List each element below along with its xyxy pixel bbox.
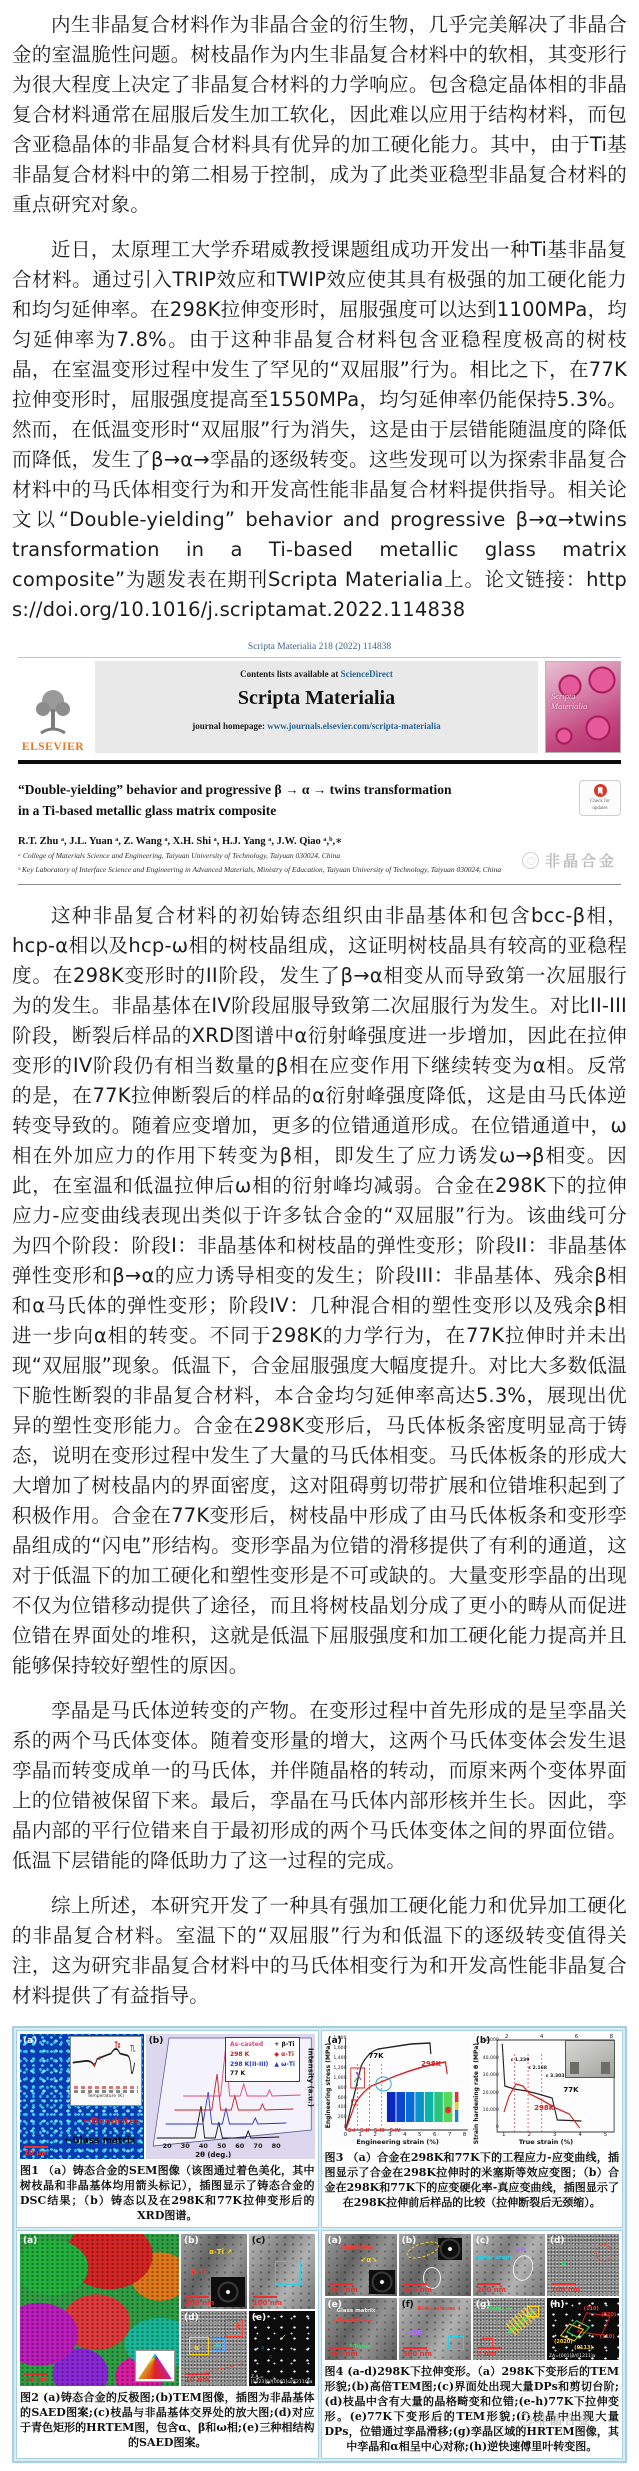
header-bottom-rule [18,884,621,885]
fig4f-scalebar: 500 nm [403,2347,432,2358]
paper-title-line2: in a Ti-based metallic glass matrix comp… [18,803,276,818]
paragraph-news: 近日，太原理工大学乔珺威教授课题组成功开发出一种Ti基非晶复合材料。通过引入TR… [12,235,627,625]
elsevier-logo: ELSEVIER [18,661,88,753]
fft-020-label: (020) [601,2312,616,2318]
fig4f-dp-label: ↗DP [406,2329,423,2337]
journal-header: ELSEVIER Contents lists available at Sci… [18,661,621,753]
fig2c-scalebar: 100 nm [253,2296,282,2307]
svg-text:Tx: Tx [115,2039,121,2050]
fig2d-panel-label: (d) [184,2313,199,2323]
fig4f-panel-label: (f) [402,2300,414,2310]
fig3a-298k-label: 298K [421,2060,441,2068]
fig4d-alpha-label: α [561,2259,566,2267]
fig2d-hrtem-image: (d) α ω β 10 nm [181,2311,247,2386]
fig1b-xrd-plot: (b) As-casted 298 K 298 K(II-III) [146,2034,315,2159]
fig3a-x-label: Engineering strain (%) [346,2138,448,2146]
dsc-x-label: Temperature (K) [71,2094,141,2099]
mises-strain-inset [386,2092,457,2122]
fig2c-tem-image: (c) 100 nm [249,2234,315,2309]
fig4c-panel-label: (c) [476,2236,490,2246]
fig1a-scalebar: 10 μm [24,2146,49,2157]
fig3b-hardening-chart: (b) 50,00040,00030,00020,00010,0000 2468… [473,2034,619,2146]
fig4a-saed-inset [369,2270,395,2294]
fig2e-saed-pattern: (e) ⟋ ◦ ◦ Z.A.=[1123]β//[0001]ω//[2110]α [249,2311,315,2386]
journal-name: Scripta Materialia [101,687,532,710]
omega-letter: ω [215,2341,221,2349]
fig1a-dsc-inset: Tx TL Temperature (K) [70,2036,142,2106]
fig4a-scalebar: 200 nm [329,2283,358,2294]
alpha-ti-label: α-Ti ↗ [209,2248,232,2256]
dsc-curve: Tx TL [71,2037,141,2085]
fig3b-eps3: ε 3.303 [546,2074,565,2079]
fig4a-tem-image: (a) Dendrites ↙α↘ 200 nm [325,2234,397,2296]
paragraph-news-text: 近日，太原理工大学乔珺威教授课题组成功开发出一种Ti基非晶复合材料。通过引入TR… [12,238,627,591]
journal-homepage-link[interactable]: www.journals.elsevier.com/scripta-materi… [267,721,440,731]
check-for-updates-badge[interactable]: Check for updates [579,780,621,816]
fig2b-tem-image: (b) α-Ti ↗ β-Ti 200 nm [181,2234,247,2309]
elsevier-wordmark: ELSEVIER [22,741,84,753]
fig3a-y-label: Engineering stress (MPa) [325,2043,332,2128]
fig4a-dendrites-label: Dendrites [341,2244,374,2251]
fig4a-alpha-arrows: ↙α↘ [361,2256,378,2264]
paragraph-results: 这种非晶复合材料的初始铸态组织由非晶基体和包含bcc-β相，hcp-α相以及hc… [12,901,627,1681]
xrd-legend: As-casted 298 K 298 K(II-III) 77 K + β-T… [225,2037,300,2081]
journal-masthead-box: Contents lists available at ScienceDirec… [95,661,538,753]
fig2b-saed-inset [211,2277,245,2307]
fig3b-panel-label: (b) [476,2036,491,2046]
fig4b-panel-label: (b) [402,2236,417,2246]
fig4c-tem-image: (c) Shear steps DP 200 nm [473,2234,545,2296]
dendrites-label: ←Dendrites [83,2117,140,2127]
journal-citation: Scripta Materialia 218 (2022) 114838 [18,640,621,652]
fft-110-label: (110) [584,2306,599,2312]
watermark-bottom: 非晶合金 [519,2411,592,2428]
fig1a-sem-image: (a) Tx TL Temperature (K) ←Dendrites ←Gl… [20,2034,144,2159]
fig4c-white-ellipse [510,2253,536,2283]
fig4h-fft-pattern: (h) (110) (020) (110) (2020) (0113) ZA=[… [547,2298,619,2360]
fig4h-zone-axis: ZA=[001]β//[1211]α [549,2354,617,2359]
ipf-color-triangle [135,2350,175,2382]
fig3b-298k-label: 298K [534,2104,554,2112]
fig4d-panel-label: (d) [550,2236,565,2246]
figure-1-images: (a) Tx TL Temperature (K) ←Dendrites ←Gl… [20,2034,315,2159]
shear-steps-label: Shear steps [476,2255,513,2261]
fig4g-yellow-box [527,2306,539,2317]
check-for-updates-label: Check for updates [582,799,618,813]
article-page: 内生非晶复合材料作为非晶合金的衍生物，几乎完美解决了非晶合金的室温脆性问题。树枝… [0,0,639,2471]
fig2d-scalebar: 10 nm [185,2373,209,2384]
authors-line: R.T. Zhu ᵃ, J.L. Yuan ᵃ, Z. Wang ᵃ, X.H.… [18,835,621,847]
xrd-legend-phases: + β-Ti ◆ α-Ti ▲ ω-Ti [274,2040,295,2078]
fig3b-eps1: ε 1.239 [511,2058,530,2063]
fft-0113-label: (0113) [574,2345,593,2351]
figure-4: (a) Dendrites ↙α↘ 200 nm (b) 500 nm (c) … [321,2230,624,2459]
fig3b-eps2: ε 2.168 [528,2066,547,2071]
xrd-legend-temps: As-casted 298 K 298 K(II-III) 77 K [230,2040,268,2078]
figures-panel: (a) Tx TL Temperature (K) ←Dendrites ←Gl… [12,2026,627,2463]
watermark: 非晶合金 [522,850,617,871]
watermark-bottom-icon [519,2413,532,2426]
beta-ti-label: β-Ti [191,2268,206,2276]
beta-letter: β [235,2322,240,2330]
fig2a-scalebar: 20 μm [24,2373,49,2384]
fig4c-dp-label: DP [515,2246,526,2254]
figure-3-images: (a) [325,2034,620,2146]
fig4c-scalebar: 200 nm [477,2283,506,2294]
fig4g-hrtem-image: (g) Twins → 2 nm [473,2298,545,2360]
figure-3: (a) [321,2030,624,2228]
journal-cover-thumbnail: Scripta Materialia [545,661,621,753]
xrd-y-label: Intensity (a.u.) [307,2048,315,2107]
journal-cover-title: Scripta Materialia [551,692,595,712]
sciencedirect-link[interactable]: ScienceDirect [341,669,393,679]
watermark-text: 非晶合金 [545,850,617,871]
fig3a-77k-label: 77K [368,2052,383,2060]
figure-1-caption: 图1 （a）铸态合金的SEM图像（该图通过着色美化，其中树枝晶和非晶基体均用箭头… [20,2163,315,2223]
watermark-bottom-text: 非晶合金 [536,2411,592,2428]
xrd-x-label: 2θ (deg.) [146,2151,281,2159]
fig3b-y-label: Strain hardening rate θ (MPa) [473,2043,480,2144]
contents-line: Contents lists available at ScienceDirec… [101,669,532,679]
glass-matrix-label: ←Glass matrix [65,2136,136,2146]
fig4d-red-circle [596,2244,612,2262]
bookmark-icon [594,784,607,797]
fig4b-scalebar: 500 nm [403,2283,432,2294]
homepage-line: journal homepage: www.journals.elsevier.… [101,721,532,731]
fft-110b-label: (110) [600,2334,615,2340]
alpha-letter: α [194,2344,199,2352]
fig3a-stress-strain-chart: (a) [325,2034,471,2146]
figure-1: (a) Tx TL Temperature (K) ←Dendrites ←Gl… [16,2030,319,2228]
fig4h-panel-label: (h) [550,2300,565,2310]
fig4e-dendrites-label: ←Dendrites→ [333,2318,373,2324]
fig3b-sample-photo-inset [565,2040,615,2078]
fig4e-tem-image: (e) Glass matrix ←Dendrites→ ↖Twins 500 … [325,2298,397,2360]
fig4f-tem-image: (f) Dislocations ↓ ↗DP 500 nm [399,2298,471,2360]
contents-prefix: Contents lists available at [240,669,341,679]
header-black-rule [18,760,621,764]
dislocations-label: Dislocations ↓ [417,2306,461,2312]
homepage-prefix: journal homepage: [192,721,267,731]
fig2c-cyan-box [275,2261,301,2285]
figure-4-caption: 图4 (a-d)298K下拉伸变形。（a）298K下变形后的TEM形貌;(b)高… [325,2364,620,2454]
fig4d-tem-image: (d) α 100 nm [547,2234,619,2296]
fig2e-panel-label: (e) [252,2313,266,2323]
fig4e-scalebar: 500 nm [329,2347,358,2358]
fig1b-panel-label: (b) [149,2036,164,2046]
paragraph-summary: 综上所述，本研究开发了一种具有强加工硬化能力和优异加工硬化的非晶复合材料。室温下… [12,1891,627,2011]
fig4f-cyan-box [448,2336,464,2350]
fig4b-dp-inset-1 [438,2238,462,2260]
fig2a-panel-label: (a) [23,2236,37,2246]
header-top-rule [18,657,621,658]
fig3a-panel-label: (a) [328,2036,342,2046]
elsevier-tree-icon [31,687,75,739]
figure-2-caption: 图2 (a)铸态合金的反极图;(b)TEM图像，插图为非晶基体的SAED图案;(… [20,2390,315,2450]
fig3b-77k-label: 77K [563,2086,578,2094]
fig3b-x-label: True strain (%) [495,2138,597,2146]
fig3a-stage-labels: S-IS-IIS-IIIS-IV [348,2129,401,2134]
fig1a-panel-label: (a) [23,2036,37,2046]
fig4e-glass-label: Glass matrix [337,2308,376,2314]
fft-2020-label: (2020) [554,2339,573,2345]
paragraph-intro: 内生非晶复合材料作为非晶合金的衍生物，几乎完美解决了非晶合金的室温脆性问题。树枝… [12,10,627,220]
fig2c-panel-label: (c) [252,2236,266,2246]
watermark-logo-icon [522,852,539,869]
fig2b-panel-label: (b) [184,2236,199,2246]
fig2b-scalebar: 200 nm [185,2296,214,2307]
figure-3-caption: 图3 （a）合金在298K和77K下的工程应力-应变曲线，插图显示了合金在298… [325,2150,620,2210]
paragraph-twins: 孪晶是马氏体逆转变的产物。在变形过程中首先形成的是呈孪晶关系的两个马氏体变体。随… [12,1696,627,1876]
paper-title: “Double-yielding” behavior and progressi… [18,780,452,822]
paper-title-line1: “Double-yielding” behavior and progressi… [18,782,452,797]
svg-text:TL: TL [130,2043,136,2054]
fig4d-scalebar: 100 nm [551,2283,580,2294]
figure-2: (a) 20 μm (b) α-Ti ↗ β-Ti 200 nm (c) [16,2230,319,2459]
fig2-tem-grid: (b) α-Ti ↗ β-Ti 200 nm (c) 100 nm (d) [181,2234,314,2386]
figure-2-images: (a) 20 μm (b) α-Ti ↗ β-Ti 200 nm (c) [20,2234,315,2386]
fig4g-scalebar: 2 nm [477,2347,501,2358]
journal-screenshot: Scripta Materialia 218 (2022) 114838 ELS… [14,640,625,885]
dsc-table [71,2086,141,2093]
fig4b-tem-image: (b) 500 nm [399,2234,471,2296]
zone-axis-label: Z.A.=[1123]β//[0001]ω//[2110]α [251,2375,313,2385]
fig4g-twins-label: Twins → [487,2306,511,2312]
xrd-x-ticks: 20304050607080 [163,2142,281,2150]
fig2a-ipf-map: (a) 20 μm [20,2234,179,2386]
figure-4-images: (a) Dendrites ↙α↘ 200 nm (b) 500 nm (c) … [325,2234,620,2360]
